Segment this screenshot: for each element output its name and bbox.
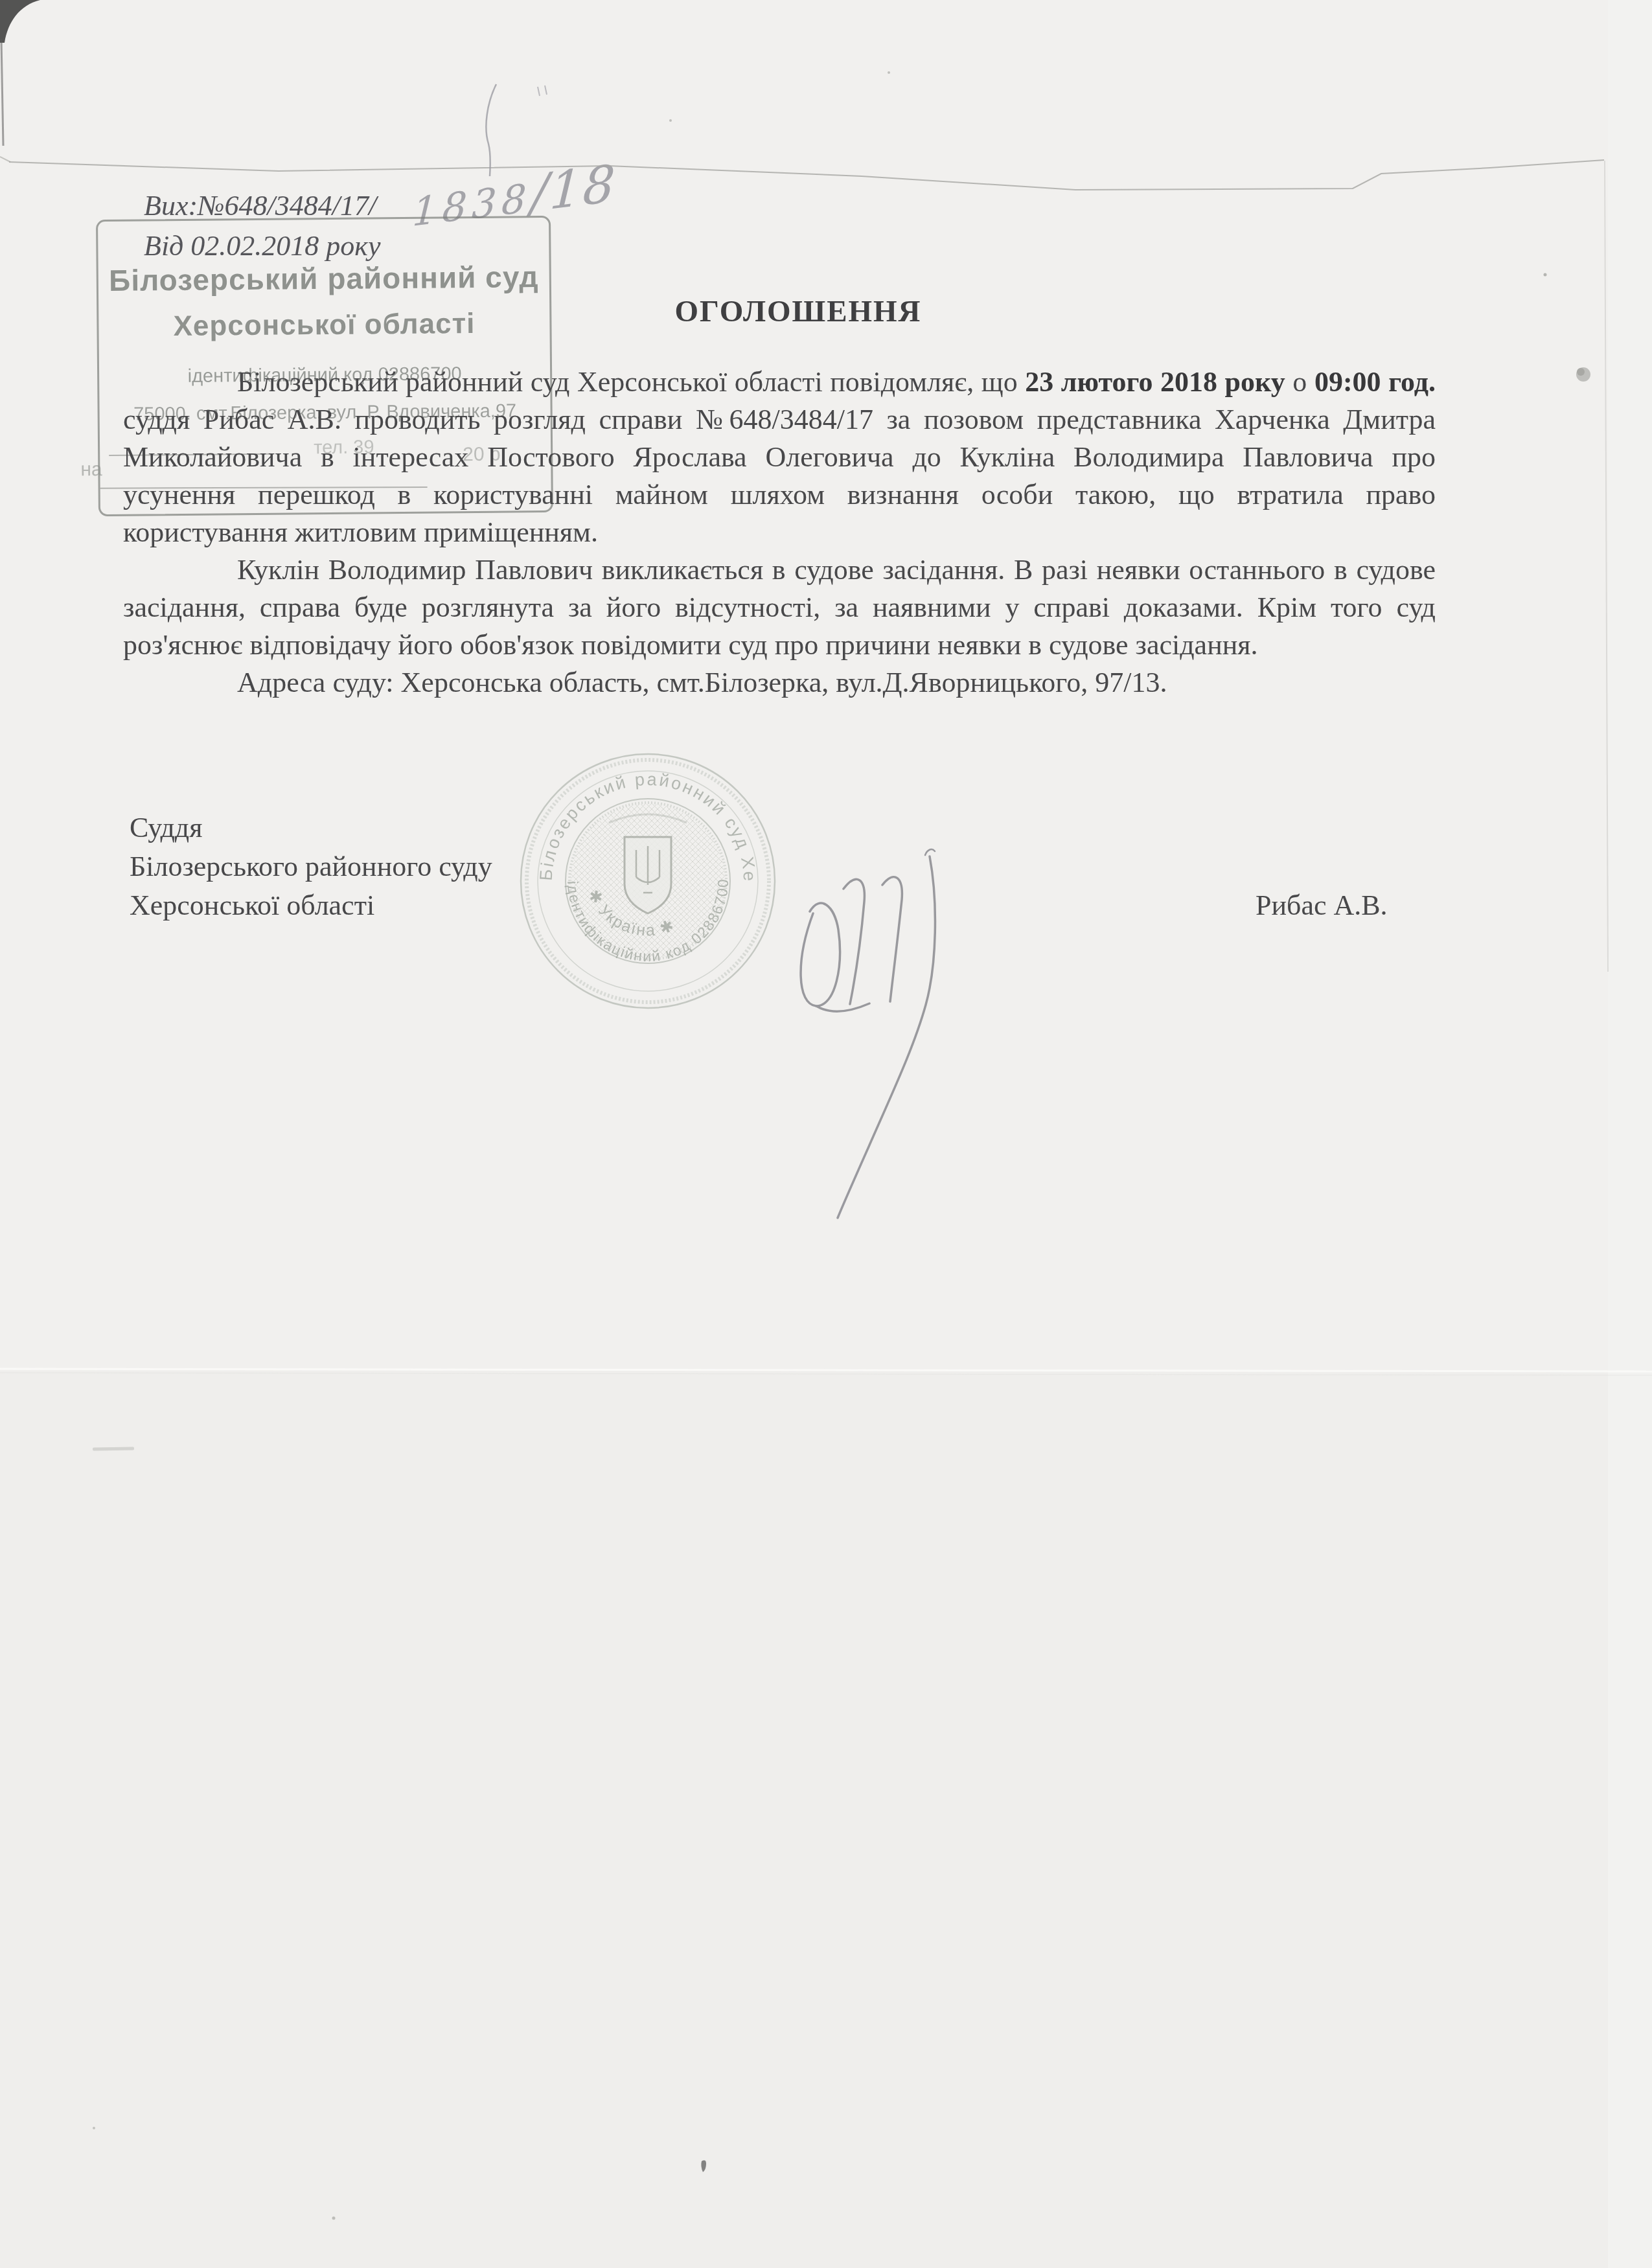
document-body: Білозерський районний суд Херсонської об… xyxy=(123,363,1436,702)
stamp-court-name-line1: Білозерський районний суд xyxy=(98,259,549,298)
paper-top-edge xyxy=(9,160,1604,190)
pencil-mark xyxy=(486,84,496,176)
body-paragraph: Адреса суду: Херсонська область, смт.Біл… xyxy=(123,664,1436,702)
scanned-court-document: { "colors": { "paper": "#f1f0ee", "ink":… xyxy=(0,0,1652,2268)
signer-role: Суддя xyxy=(130,808,492,847)
signer-court-line2: Херсонської області xyxy=(130,886,492,925)
scan-lower-band xyxy=(0,1371,1652,2268)
document-title: ОГОЛОШЕННЯ xyxy=(674,294,921,329)
ink-blot xyxy=(1576,367,1590,382)
court-round-seal-icon: Білозерський районний суд Херсонської ід… xyxy=(512,745,784,1017)
stamp-court-name-line2: Херсонської області xyxy=(98,307,549,343)
body-paragraph: Білозерський районний суд Херсонської об… xyxy=(123,363,1436,551)
judge-name: Рибас А.В. xyxy=(1256,889,1388,922)
signer-court-line1: Білозерського районного суду xyxy=(130,847,492,886)
signature-block: Суддя Білозерського районного суду Херсо… xyxy=(130,808,492,925)
stamp-form-na: на xyxy=(80,459,102,481)
scanner-corner-shadow xyxy=(0,0,40,43)
body-paragraph: Куклін Володимир Павлович викликається в… xyxy=(123,551,1436,664)
scan-right-margin xyxy=(1608,0,1652,2268)
judge-signature xyxy=(745,810,1004,1263)
